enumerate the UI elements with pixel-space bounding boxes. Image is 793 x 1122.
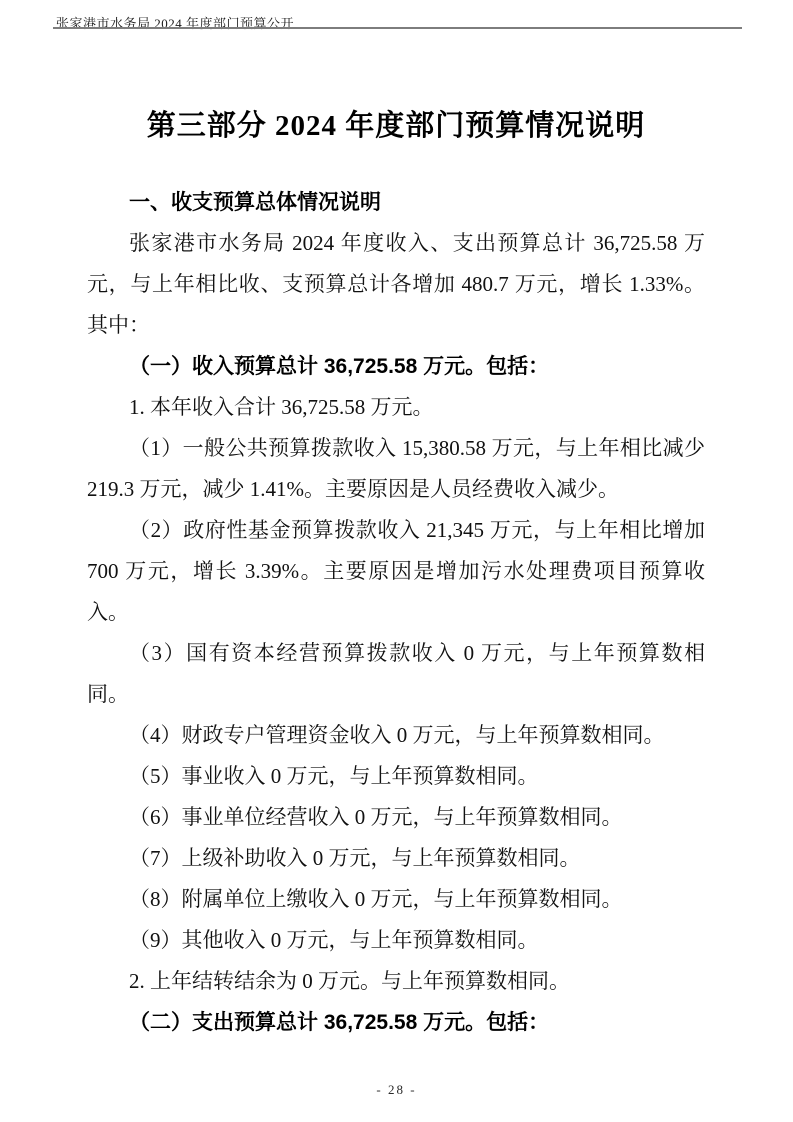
item-general-public-budget-income: （1）一般公共预算拨款收入 15,380.58 万元，与上年相比减少 219.3…	[87, 428, 705, 510]
item-government-fund-income: （2）政府性基金预算拨款收入 21,345 万元，与上年相比增加 700 万元，…	[87, 510, 705, 633]
page-number: - 28 -	[376, 1082, 416, 1097]
subhead-income-budget-total: （一）收入预算总计 36,725.58 万元。包括：	[87, 346, 705, 387]
item-carryover-balance: 2. 上年结转结余为 0 万元。与上年预算数相同。	[87, 961, 705, 1002]
document-title: 第三部分 2024 年度部门预算情况说明	[87, 104, 705, 148]
subhead-expenditure-budget-total: （二）支出预算总计 36,725.58 万元。包括：	[87, 1002, 705, 1043]
item-affiliated-unit-income: （8）附属单位上缴收入 0 万元，与上年预算数相同。	[87, 879, 705, 920]
item-current-year-income-total: 1. 本年收入合计 36,725.58 万元。	[87, 387, 705, 428]
para-budget-overview: 张家港市水务局 2024 年度收入、支出预算总计 36,725.58 万元，与上…	[87, 223, 705, 346]
item-superior-subsidy-income: （7）上级补助收入 0 万元，与上年预算数相同。	[87, 838, 705, 879]
section-heading: 一、收支预算总体情况说明	[87, 182, 705, 223]
page-footer: - 28 -	[0, 1082, 793, 1098]
paragraph-list: 张家港市水务局 2024 年度收入、支出预算总计 36,725.58 万元，与上…	[87, 223, 705, 1043]
running-header: 张家港市水务局 2024 年度部门预算公开	[56, 13, 294, 32]
document-body: 第三部分 2024 年度部门预算情况说明 一、收支预算总体情况说明 张家港市水务…	[87, 104, 705, 1043]
item-business-unit-operating-income: （6）事业单位经营收入 0 万元，与上年预算数相同。	[87, 797, 705, 838]
item-business-income: （5）事业收入 0 万元，与上年预算数相同。	[87, 756, 705, 797]
item-other-income: （9）其他收入 0 万元，与上年预算数相同。	[87, 920, 705, 961]
header-divider	[53, 27, 742, 29]
document-page: 张家港市水务局 2024 年度部门预算公开 第三部分 2024 年度部门预算情况…	[0, 0, 793, 1122]
item-state-capital-income: （3）国有资本经营预算拨款收入 0 万元，与上年预算数相同。	[87, 633, 705, 715]
item-fiscal-account-income: （4）财政专户管理资金收入 0 万元，与上年预算数相同。	[87, 715, 705, 756]
